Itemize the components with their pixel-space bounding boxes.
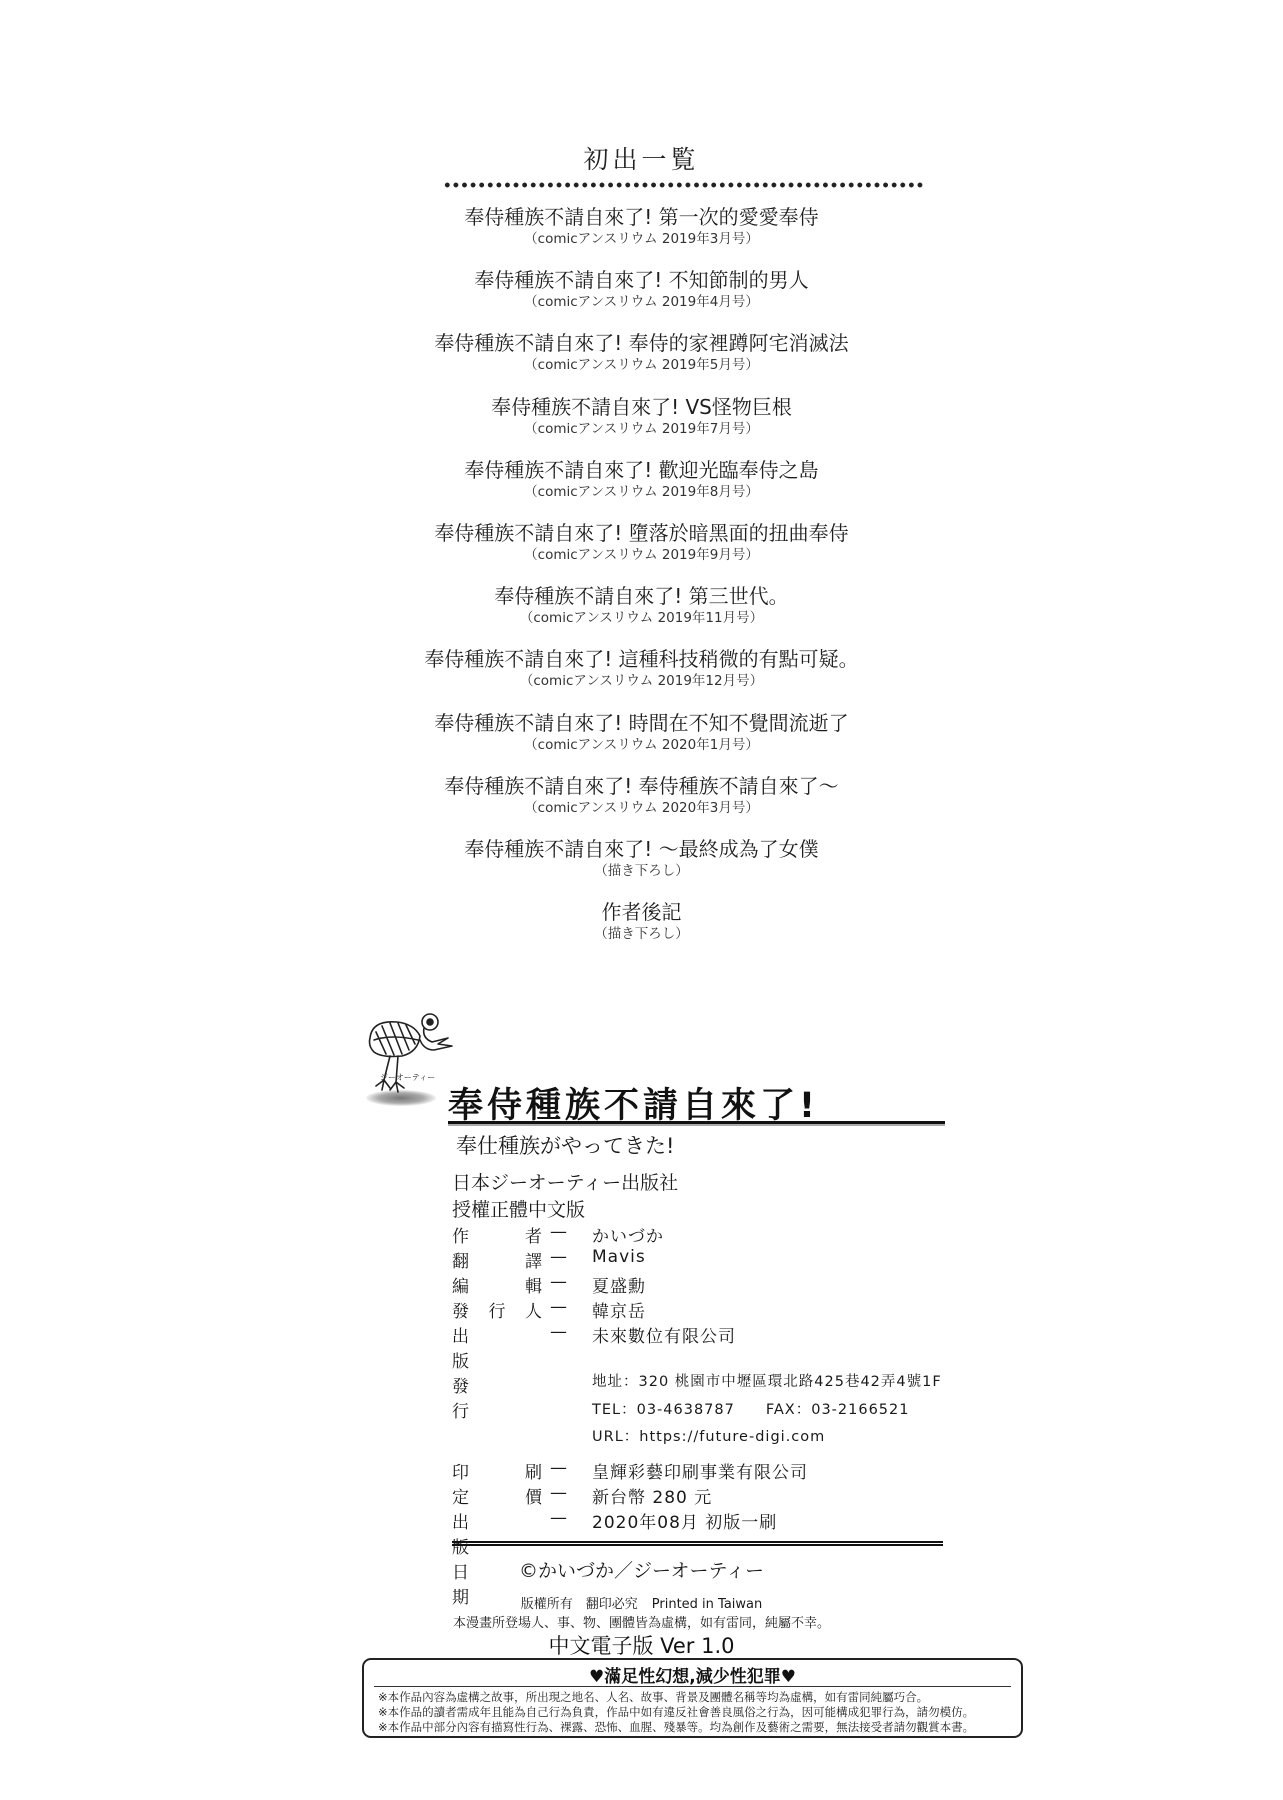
credit-value: Mavis [592,1247,646,1267]
credit-label-char: 出版發行 [452,1322,469,1422]
entry-source: （comicアンスリウム 2019年5月号） [0,356,1283,374]
notice-box: ♥滿足性幻想,減少性犯罪♥ ※本作品內容為虛構之故事，所出現之地名、人名、故事、… [362,1658,1023,1738]
credit-label-char: 發 [452,1297,469,1322]
notice-lines: ※本作品內容為虛構之故事，所出現之地名、人名、故事、背景及團體名稱等均為虛構，如… [378,1690,974,1735]
entry-title: 奉侍種族不請自來了! 這種科技稍微的有點可疑。 [0,646,1283,672]
credit-dash: — [550,1297,567,1317]
credit-value: 新台幣 280 元 [592,1483,712,1508]
entry-source: （comicアンスリウム 2019年4月号） [0,293,1283,311]
entry-title: 奉侍種族不請自來了! 奉侍種族不請自來了～ [0,773,1283,799]
entry-source: （comicアンスリウム 2020年3月号） [0,799,1283,817]
credit-dash: — [550,1458,567,1478]
credit-value: 韓京岳 [592,1297,646,1322]
first-appearance-entry: 奉侍種族不請自來了! 這種科技稍微的有點可疑。（comicアンスリウム 2019… [0,646,1283,690]
credit-label: 翻譯 [452,1247,542,1272]
credit-label: 定價 [452,1483,542,1508]
first-appearance-entry: 奉侍種族不請自來了! 奉侍種族不請自來了～（comicアンスリウム 2020年3… [0,773,1283,817]
original-title: 奉仕種族がやってきた! [456,1130,674,1160]
entry-source: （comicアンスリウム 2019年7月号） [0,420,1283,438]
license-line: 授權正體中文版 [452,1195,585,1222]
entry-source: （comicアンスリウム 2020年1月号） [0,736,1283,754]
first-appearance-entry: 奉侍種族不請自來了! VS怪物巨根（comicアンスリウム 2019年7月号） [0,394,1283,438]
entry-title: 奉侍種族不請自來了! 不知節制的男人 [0,267,1283,293]
dotted-divider [443,180,923,190]
entry-source: （comicアンスリウム 2019年8月号） [0,483,1283,501]
first-appearance-heading: 初出一覧 [0,140,1283,176]
fiction-note: 本漫畫所登場人、事、物、團體皆為虛構，如有雷同，純屬不幸。 [0,1612,1283,1631]
credit-label: 出版發行 [452,1322,469,1422]
entry-source: （comicアンスリウム 2019年11月号） [0,609,1283,627]
entry-source: （comicアンスリウム 2019年3月号） [0,230,1283,248]
credit-label-char: 輯 [525,1272,542,1297]
notice-heading: ♥滿足性幻想,減少性犯罪♥ [364,1662,1021,1687]
credit-label-char: 翻 [452,1247,469,1272]
credit-label: 發行人 [452,1297,542,1322]
double-rule [452,1541,943,1546]
entry-title: 奉侍種族不請自來了! ～最終成為了女僕 [0,836,1283,862]
credit-label-char: 人 [525,1297,542,1322]
credit-label: 編輯 [452,1272,542,1297]
first-appearance-entry: 奉侍種族不請自來了! 歡迎光臨奉侍之島（comicアンスリウム 2019年8月号… [0,457,1283,501]
credit-label-char: 行 [489,1297,506,1322]
credit-label-char: 作 [452,1222,469,1247]
credit-dash: — [550,1322,567,1342]
credit-value: 夏盛勳 [592,1272,646,1297]
credit-label: 作者 [452,1222,542,1247]
entry-title: 奉侍種族不請自來了! 第三世代。 [0,583,1283,609]
entry-title: 作者後記 [0,899,1283,925]
first-appearance-entry: 奉侍種族不請自來了! 不知節制的男人（comicアンスリウム 2019年4月号） [0,267,1283,311]
notice-line: ※本作品中部分內容有描寫性行為、裸露、恐怖、血腥、殘暴等。均為創作及藝術之需要，… [378,1720,974,1735]
credit-dash: — [550,1222,567,1242]
first-appearance-entry: 奉侍種族不請自來了! 時間在不知不覺間流逝了（comicアンスリウム 2020年… [0,710,1283,754]
copyright: ©かいづか／ジーオーティー [0,1556,1283,1583]
logo-caption: ジーオーティー [380,1072,435,1083]
credit-value: 未來數位有限公司 [592,1322,736,1347]
credit-label-char: 定 [452,1483,469,1508]
first-appearance-entry: 奉侍種族不請自來了! 墮落於暗黑面的扭曲奉侍（comicアンスリウム 2019年… [0,520,1283,564]
entry-source: （comicアンスリウム 2019年12月号） [0,672,1283,690]
entry-title: 奉侍種族不請自來了! VS怪物巨根 [0,394,1283,420]
credit-label-char: 印 [452,1458,469,1483]
rights-reserved: 版權所有 翻印必究 [521,1597,638,1612]
entry-source: （描き下ろし） [0,862,1283,880]
url: URL：https://future-digi.com [592,1425,825,1446]
credit-label-char: 價 [525,1483,542,1508]
version-label: 中文電子版 Ver 1.0 [0,1630,1283,1660]
credit-label: 印刷 [452,1458,542,1483]
entry-title: 奉侍種族不請自來了! 奉侍的家裡蹲阿宅消滅法 [0,330,1283,356]
credit-dash: — [550,1247,567,1267]
credit-dash: — [550,1483,567,1503]
address: 地址：320 桃園市中壢區環北路425巷42弄4號1F [592,1370,942,1391]
entry-source: （描き下ろし） [0,925,1283,943]
notice-rule [374,1686,1011,1687]
publisher-line: 日本ジーオーティー出版社 [452,1168,678,1195]
entry-title: 奉侍種族不請自來了! 歡迎光臨奉侍之島 [0,457,1283,483]
printed-in: Printed in Taiwan [652,1597,762,1612]
rights-line: 版權所有 翻印必究Printed in Taiwan [0,1593,1283,1612]
notice-line: ※本作品的讀者需成年且能為自己行為負責，作品中如有違反社會善良風俗之行為，因可能… [378,1705,974,1720]
first-appearance-entry: 奉侍種族不請自來了! ～最終成為了女僕（描き下ろし） [0,836,1283,880]
credit-value: かいづか [592,1222,664,1247]
tel-fax: TEL：03-4638787 FAX：03-2166521 [592,1398,909,1419]
entry-source: （comicアンスリウム 2019年9月号） [0,546,1283,564]
first-appearance-entry: 奉侍種族不請自來了! 第三世代。（comicアンスリウム 2019年11月号） [0,583,1283,627]
entry-title: 奉侍種族不請自來了! 第一次的愛愛奉侍 [0,204,1283,230]
credit-value: 皇輝彩藝印刷事業有限公司 [592,1458,808,1483]
entry-title: 奉侍種族不請自來了! 墮落於暗黑面的扭曲奉侍 [0,520,1283,546]
first-appearance-entry: 奉侍種族不請自來了! 第一次的愛愛奉侍（comicアンスリウム 2019年3月号… [0,204,1283,248]
credit-label-char: 者 [525,1222,542,1247]
credit-dash: — [550,1508,567,1528]
credit-value: 2020年08月 初版一刷 [592,1508,777,1533]
credit-label-char: 刷 [525,1458,542,1483]
entry-title: 奉侍種族不請自來了! 時間在不知不覺間流逝了 [0,710,1283,736]
notice-line: ※本作品內容為虛構之故事，所出現之地名、人名、故事、背景及團體名稱等均為虛構，如… [378,1690,974,1705]
credit-dash: — [550,1272,567,1292]
first-appearance-entry: 作者後記（描き下ろし） [0,899,1283,943]
title-rule [448,1121,945,1126]
credit-label-char: 譯 [525,1247,542,1272]
credit-label-char: 編 [452,1272,469,1297]
bird-logo-icon [362,1010,462,1110]
first-appearance-entry: 奉侍種族不請自來了! 奉侍的家裡蹲阿宅消滅法（comicアンスリウム 2019年… [0,330,1283,374]
